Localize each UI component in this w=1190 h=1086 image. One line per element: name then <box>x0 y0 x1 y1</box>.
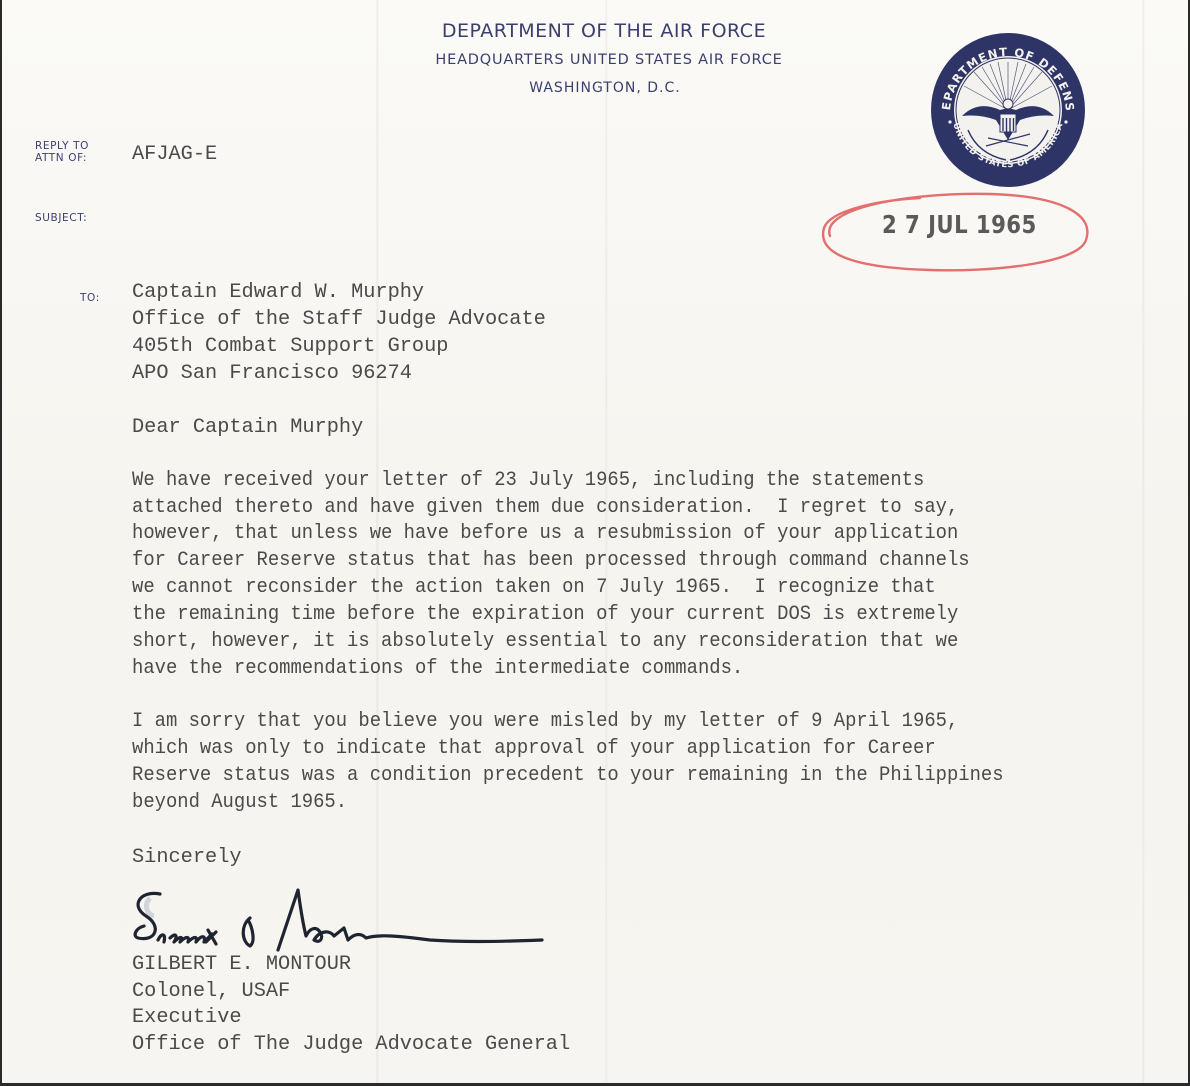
signer-name: GILBERT E. MONTOUR <box>132 952 351 979</box>
handwritten-signature-icon <box>130 880 560 960</box>
body-line: I am sorry that you believe you were mis… <box>132 709 958 736</box>
salutation: Dear Captain Murphy <box>132 415 363 442</box>
reply-to-label-line2: ATTN OF: <box>35 152 89 164</box>
subject-label: SUBJECT: <box>35 212 87 224</box>
to-label: TO: <box>80 292 100 304</box>
body-line: Reserve status was a condition precedent… <box>132 763 1004 790</box>
department-of-defense-seal-icon: DEPARTMENT OF DEFENSE UNITED STATES OF A… <box>928 30 1088 190</box>
recipient-line: Captain Edward W. Murphy <box>132 280 424 307</box>
body-line: attached thereto and have given them due… <box>132 495 958 522</box>
recipient-line: Office of the Staff Judge Advocate <box>132 307 546 334</box>
body-line: We have received your letter of 23 July … <box>132 468 924 495</box>
body-line: short, however, it is absolutely essenti… <box>132 629 958 656</box>
body-line: the remaining time before the expiration… <box>132 602 958 629</box>
reply-to-label: REPLY TO ATTN OF: <box>35 140 89 164</box>
body-line: however, that unless we have before us a… <box>132 521 958 548</box>
recipient-line: APO San Francisco 96274 <box>132 361 412 388</box>
body-line: we cannot reconsider the action taken on… <box>132 575 936 602</box>
body-line: beyond August 1965. <box>132 790 347 817</box>
recipient-line: 405th Combat Support Group <box>132 334 448 361</box>
signer-title: Executive <box>132 1005 242 1032</box>
body-line: for Career Reserve status that has been … <box>132 548 970 575</box>
body-line: which was only to indicate that approval… <box>132 736 936 763</box>
reply-to-value: AFJAG-E <box>132 142 217 169</box>
reply-to-label-line1: REPLY TO <box>35 140 89 152</box>
letter-page: DEPARTMENT OF THE AIR FORCE HEADQUARTERS… <box>2 0 1188 1083</box>
signer-office: Office of The Judge Advocate General <box>132 1032 570 1059</box>
closing: Sincerely <box>132 845 242 872</box>
date-stamp: 2 7 JUL 1965 <box>882 210 1037 239</box>
body-line: have the recommendations of the intermed… <box>132 656 743 683</box>
signer-rank: Colonel, USAF <box>132 979 290 1006</box>
